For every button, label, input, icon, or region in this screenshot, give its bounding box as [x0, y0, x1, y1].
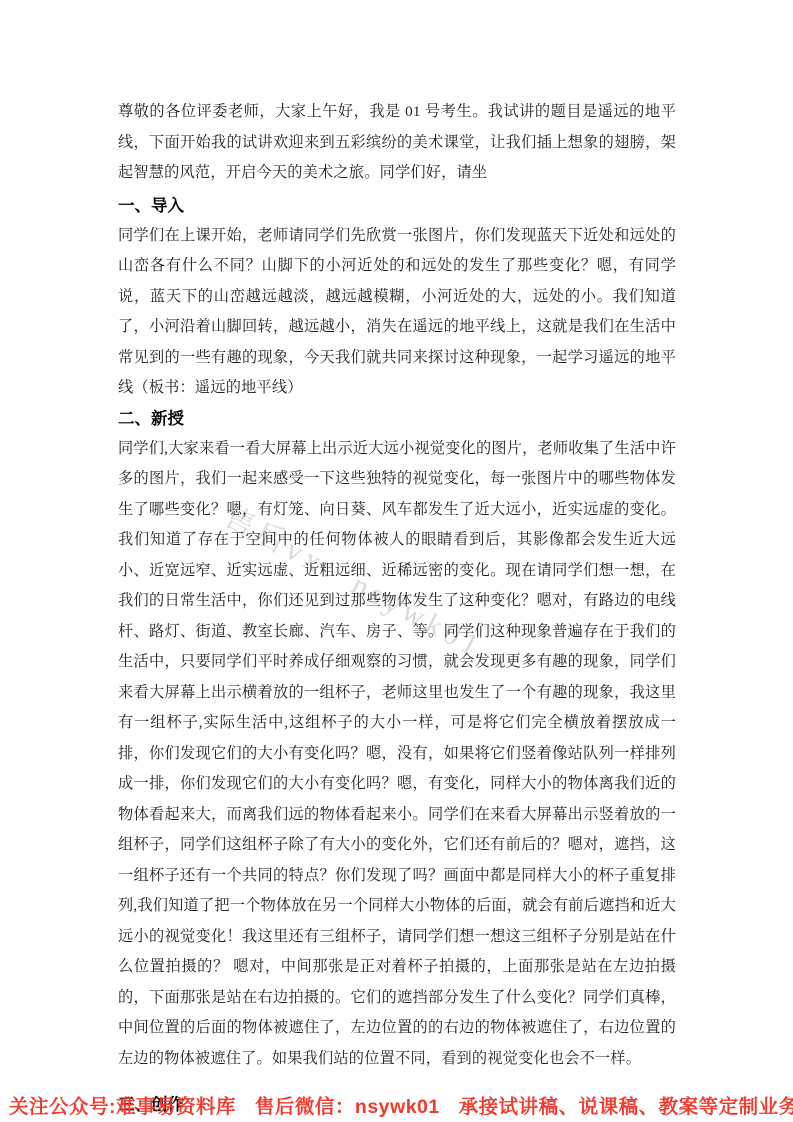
intro-paragraph: 尊敬的各位评委老师，大家上午好，我是 01 号考生。我试讲的题目是遥远的地平线，…: [118, 97, 676, 189]
document-content: 尊敬的各位评委老师，大家上午好，我是 01 号考生。我试讲的题目是遥远的地平线，…: [118, 97, 676, 1120]
document-page: 售后vx：nsywk01 尊敬的各位评委老师，大家上午好，我是 01 号考生。我…: [0, 0, 793, 1122]
section-body-intro: 同学们在上课开始，老师请同学们先欣赏一张图片，你们发现蓝天下近处和远处的山峦各有…: [118, 221, 676, 404]
section-heading-intro: 一、导入: [118, 191, 676, 221]
footer-public-account: 关注公众号:难事易资料库: [9, 1096, 236, 1118]
section-body-new-teaching: 同学们,大家来看一看大屏幕上出示近大远小视觉变化的图片，老师收集了生活中许多的图…: [118, 434, 676, 1075]
footer-services: 承接试讲稿、说课稿、教案等定制业务: [459, 1096, 793, 1118]
footer-promo: 关注公众号:难事易资料库 售后微信：nsywk01 承接试讲稿、说课稿、教案等定…: [9, 1091, 793, 1119]
footer-wechat-contact: 售后微信：nsywk01: [255, 1096, 440, 1118]
section-heading-new-teaching: 二、新授: [118, 404, 676, 434]
